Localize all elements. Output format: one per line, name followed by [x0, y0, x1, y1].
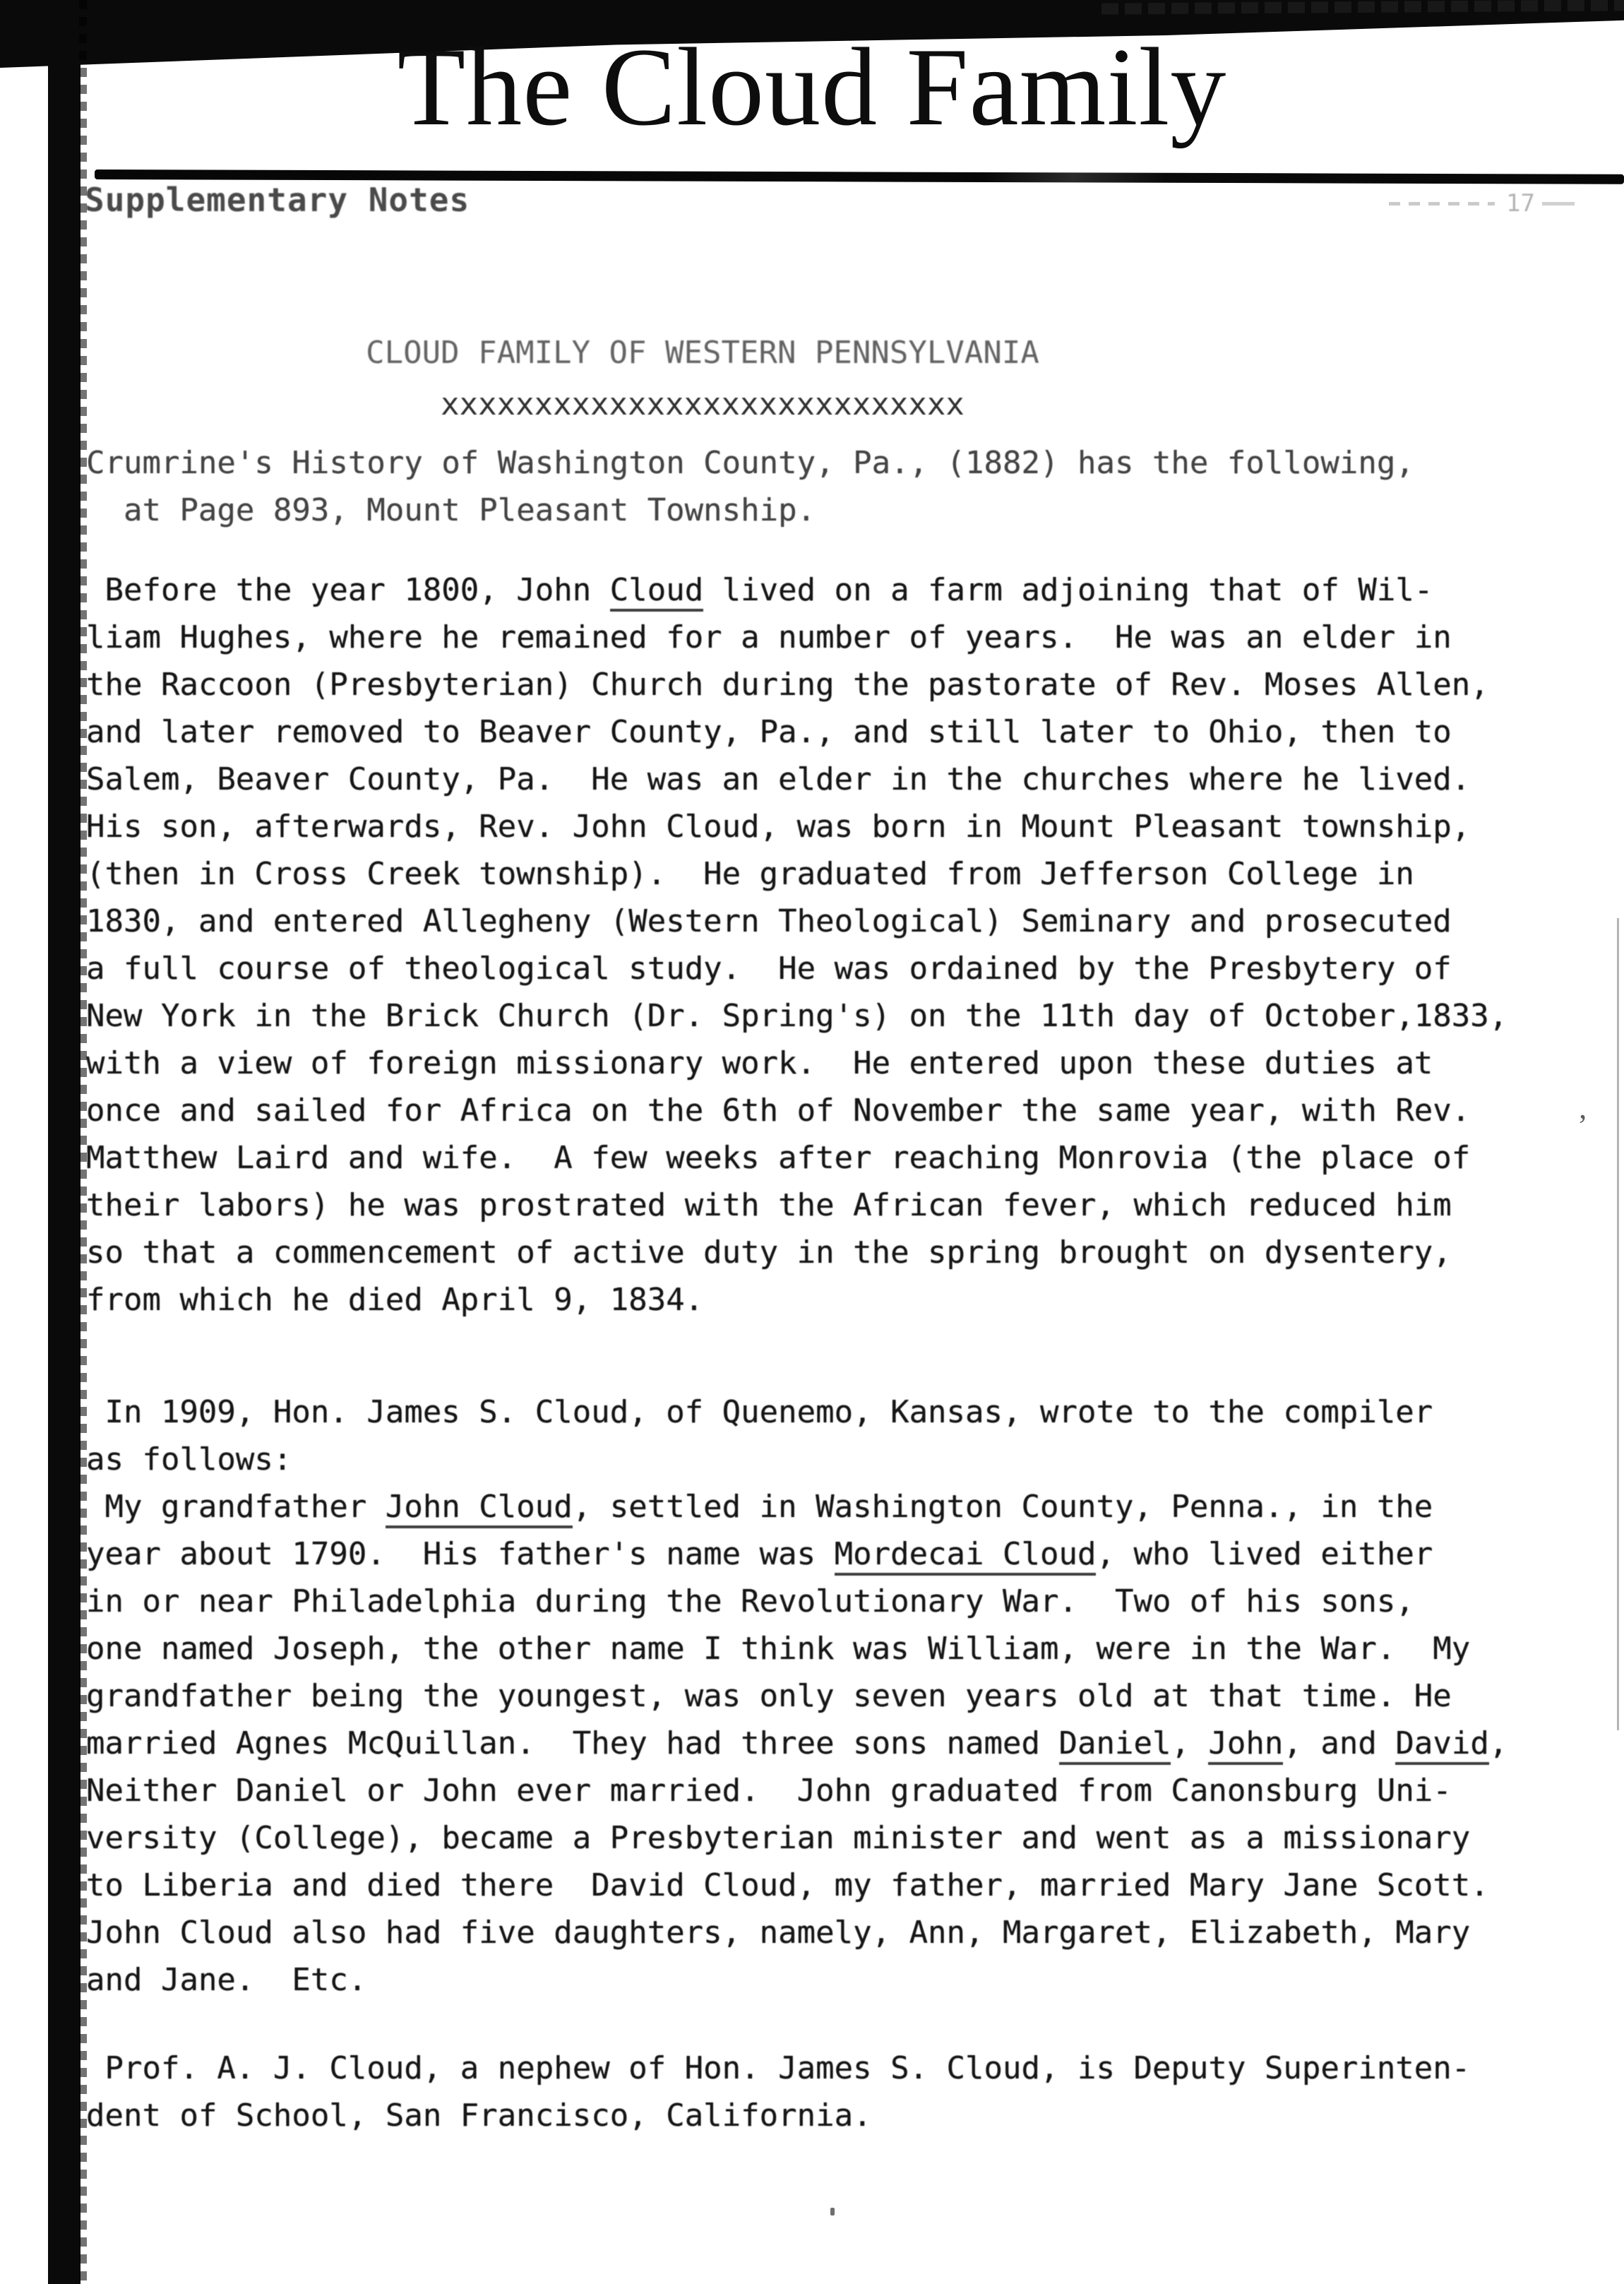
letter-intro: In 1909, Hon. James S. Cloud, of Quenemo… [86, 1388, 1584, 1483]
paragraph-list: Crumrine's History of Washington County,… [86, 439, 1584, 2139]
page-title: The Cloud Family [0, 24, 1624, 151]
text-line: John Cloud also had five daughters, name… [86, 1909, 1584, 1956]
text-line: dent of School, San Francisco, Californi… [86, 2092, 1584, 2139]
page-number: 17 [1506, 189, 1535, 218]
text-line: as follows: [86, 1436, 1584, 1483]
text-line: Prof. A. J. Cloud, a nephew of Hon. Jame… [86, 2045, 1584, 2092]
text-line: Matthew Laird and wife. A few weeks afte… [86, 1134, 1584, 1182]
page-number-area: 17 [1389, 189, 1575, 218]
text-line: at Page 893, Mount Pleasant Township. [86, 487, 1584, 534]
crumrine-extract: Before the year 1800, John Cloud lived o… [86, 566, 1584, 1324]
page-number-dashes [1389, 202, 1495, 206]
text-line: 1830, and entered Allegheny (Western The… [86, 898, 1584, 945]
text-line: Neither Daniel or John ever married. Joh… [86, 1767, 1584, 1814]
text-line: and Jane. Etc. [86, 1956, 1584, 2004]
text-line: to Liberia and died there David Cloud, m… [86, 1862, 1584, 1909]
page-number-tail-dash [1542, 202, 1575, 206]
text-line: a full course of theological study. He w… [86, 945, 1584, 992]
underlined-name: John [1208, 1725, 1283, 1765]
source-note: Crumrine's History of Washington County,… [86, 439, 1584, 534]
text-line: Before the year 1800, John Cloud lived o… [86, 566, 1584, 614]
section-heading-block: CLOUD FAMILY OF WESTERN PENNSYLVANIA xxx… [0, 335, 1405, 422]
stray-mark [830, 2208, 835, 2215]
text-line: so that a commencement of active duty in… [86, 1229, 1584, 1276]
header-supplementary-notes: Supplementary Notes [85, 181, 470, 219]
text-line: and later removed to Beaver County, Pa.,… [86, 708, 1584, 756]
underlined-name: Daniel [1059, 1725, 1171, 1765]
text-line: Salem, Beaver County, Pa. He was an elde… [86, 756, 1584, 803]
text-line: My grandfather John Cloud, settled in Wa… [86, 1483, 1584, 1530]
underlined-name: John Cloud [386, 1489, 573, 1528]
text-line: with a view of foreign missionary work. … [86, 1040, 1584, 1087]
text-line: grandfather being the youngest, was only… [86, 1672, 1584, 1720]
text-line: (then in Cross Creek township). He gradu… [86, 850, 1584, 898]
text-line: year about 1790. His father's name was M… [86, 1530, 1584, 1578]
closing-note: Prof. A. J. Cloud, a nephew of Hon. Jame… [86, 2045, 1584, 2139]
text-line: In 1909, Hon. James S. Cloud, of Quenemo… [86, 1388, 1584, 1436]
underlined-name: David [1395, 1725, 1488, 1765]
text-line: New York in the Brick Church (Dr. Spring… [86, 992, 1584, 1040]
text-line: married Agnes McQuillan. They had three … [86, 1720, 1584, 1767]
text-line: one named Joseph, the other name I think… [86, 1625, 1584, 1672]
scanned-page: ’ The Cloud Family Supplementary Notes 1… [0, 0, 1624, 2284]
text-line: versity (College), became a Presbyterian… [86, 1814, 1584, 1862]
text-line: in or near Philadelphia during the Revol… [86, 1578, 1584, 1625]
underlined-name: Cloud [610, 572, 703, 612]
underlined-name: Mordecai Cloud [835, 1536, 1097, 1576]
text-line: from which he died April 9, 1834. [86, 1276, 1584, 1324]
text-line: His son, afterwards, Rev. John Cloud, wa… [86, 803, 1584, 850]
letter-body: My grandfather John Cloud, settled in Wa… [86, 1483, 1584, 2004]
section-heading-underline: xxxxxxxxxxxxxxxxxxxxxxxxxxxx [0, 386, 1405, 422]
text-line: liam Hughes, where he remained for a num… [86, 614, 1584, 661]
text-line: Crumrine's History of Washington County,… [86, 439, 1584, 487]
text-line: their labors) he was prostrated with the… [86, 1182, 1584, 1229]
text-line: once and sailed for Africa on the 6th of… [86, 1087, 1584, 1134]
text-line: the Raccoon (Presbyterian) Church during… [86, 661, 1584, 708]
section-heading: CLOUD FAMILY OF WESTERN PENNSYLVANIA [0, 335, 1405, 371]
scan-edge-right-line [1617, 918, 1619, 1730]
